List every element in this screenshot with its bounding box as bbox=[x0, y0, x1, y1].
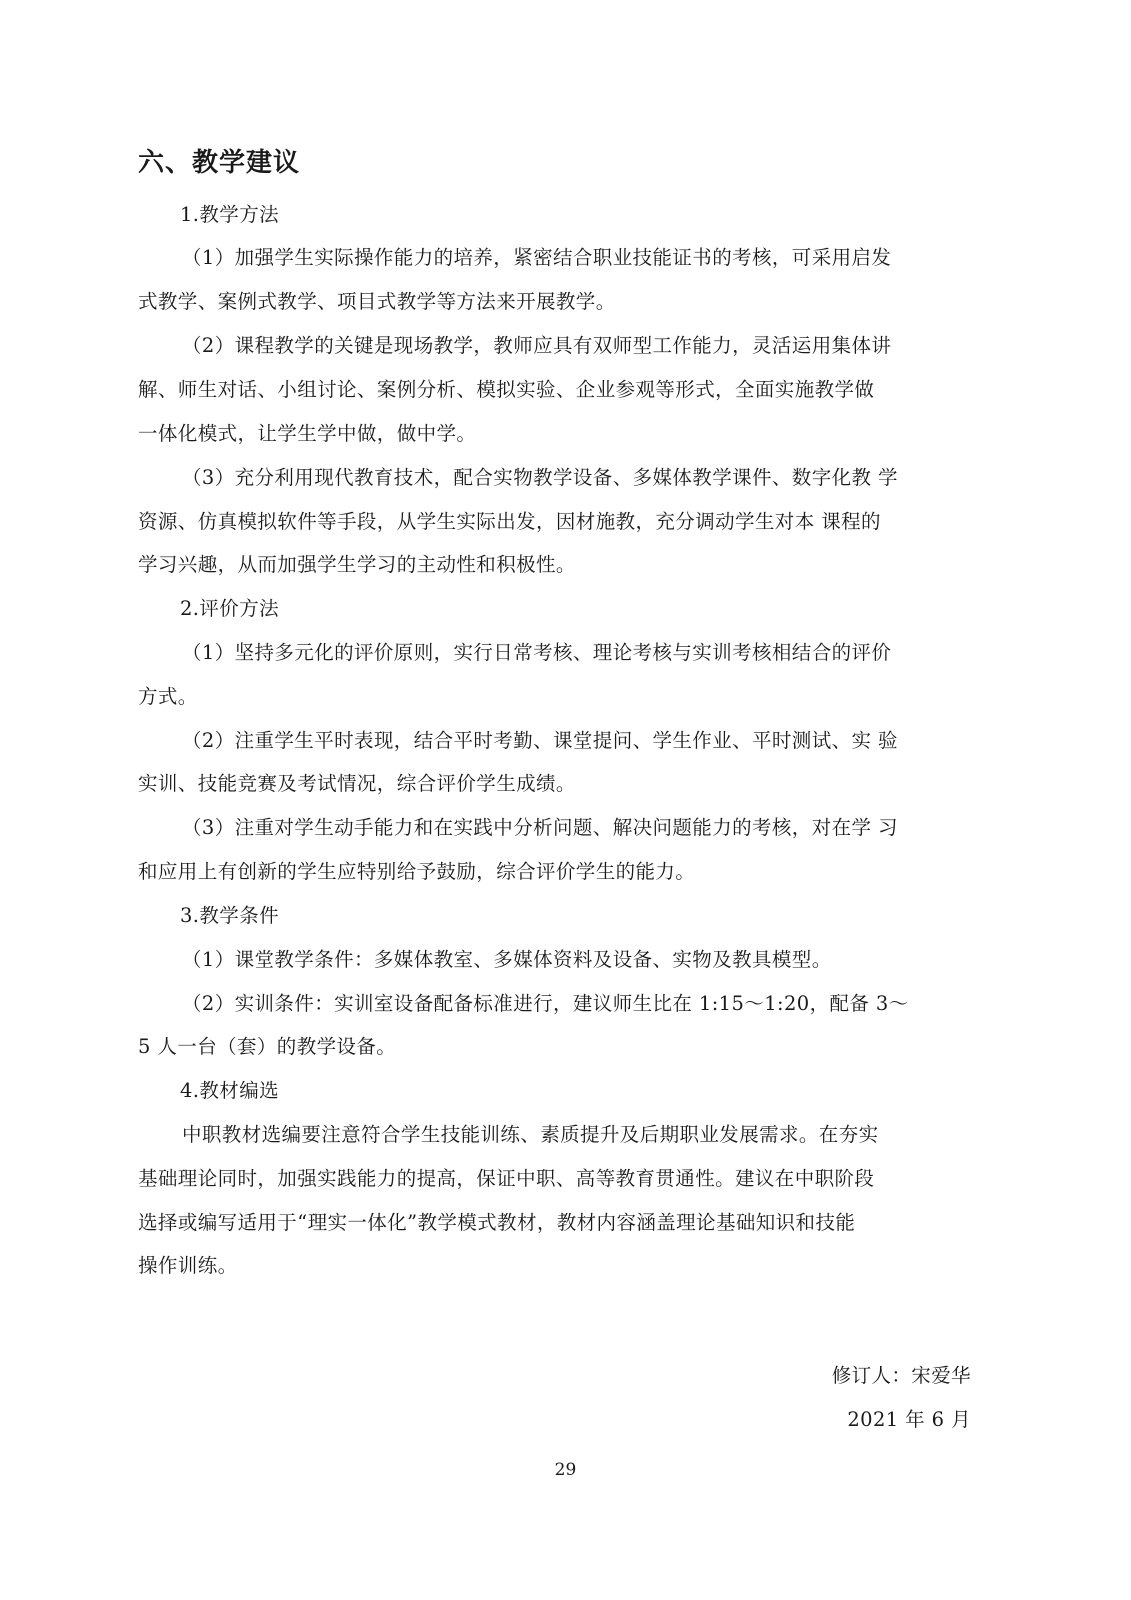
subsection-title: 4.教材编选 bbox=[180, 1077, 1012, 1105]
paragraph-line: （1）课堂教学条件：多媒体教室、多媒体资料及设备、实物及教具模型。 bbox=[182, 946, 972, 974]
paragraph-line: （2）实训条件：实训室设备配备标准进行，建议师生比在 1:15～1:20，配备 … bbox=[182, 990, 972, 1018]
paragraph-line: 5 人一台（套）的教学设备。 bbox=[138, 1033, 970, 1061]
paragraph-line: 选择或编写适用于“理实一体化”教学模式教材，教材内容涵盖理论基础知识和技能 bbox=[138, 1209, 970, 1237]
page-number: 29 bbox=[0, 1460, 1131, 1480]
section-title: 六、教学建议 bbox=[138, 142, 300, 179]
subsection-title: 3.教学条件 bbox=[180, 902, 1012, 930]
subsection-title: 2.评价方法 bbox=[180, 595, 1012, 623]
paragraph-line: 一体化模式，让学生学中做，做中学。 bbox=[138, 420, 970, 448]
paragraph-line: 学习兴趣，从而加强学生学习的主动性和积极性。 bbox=[138, 551, 970, 579]
paragraph-line: 方式。 bbox=[138, 683, 970, 711]
paragraph-line: 和应用上有创新的学生应特别给予鼓励，综合评价学生的能力。 bbox=[138, 858, 970, 886]
paragraph-line: 解、师生对话、小组讨论、案例分析、模拟实验、企业参观等形式，全面实施教学做 bbox=[138, 376, 970, 404]
paragraph-line: 中职教材选编要注意符合学生技能训练、素质提升及后期职业发展需求。在夯实 bbox=[182, 1121, 972, 1149]
subsection-title: 1.教学方法 bbox=[180, 201, 1012, 229]
paragraph-line: （1）加强学生实际操作能力的培养，紧密结合职业技能证书的考核，可采用启发 bbox=[182, 244, 972, 272]
reviser-signature: 修订人：宋爱华 bbox=[832, 1362, 971, 1390]
revision-date: 2021 年 6 月 bbox=[847, 1406, 971, 1434]
document-page: 六、教学建议 1.教学方法 （1）加强学生实际操作能力的培养，紧密结合职业技能证… bbox=[0, 0, 1131, 1600]
paragraph-line: 实训、技能竞赛及考试情况，综合评价学生成绩。 bbox=[138, 770, 970, 798]
paragraph-line: （3）注重对学生动手能力和在实践中分析问题、解决问题能力的考核，对在学 习 bbox=[182, 814, 972, 842]
paragraph-line: 式教学、案例式教学、项目式教学等方法来开展教学。 bbox=[138, 288, 970, 316]
paragraph-line: 资源、仿真模拟软件等手段，从学生实际出发，因材施教，充分调动学生对本 课程的 bbox=[138, 508, 970, 536]
paragraph-line: （1）坚持多元化的评价原则，实行日常考核、理论考核与实训考核相结合的评价 bbox=[182, 639, 972, 667]
paragraph-line: 操作训练。 bbox=[138, 1252, 970, 1280]
paragraph-line: 基础理论同时，加强实践能力的提高，保证中职、高等教育贯通性。建议在中职阶段 bbox=[138, 1165, 970, 1193]
paragraph-line: （2）注重学生平时表现，结合平时考勤、课堂提问、学生作业、平时测试、实 验 bbox=[182, 727, 972, 755]
paragraph-line: （3）充分利用现代教育技术，配合实物教学设备、多媒体教学课件、数字化教 学 bbox=[182, 464, 972, 492]
paragraph-line: （2）课程教学的关键是现场教学，教师应具有双师型工作能力，灵活运用集体讲 bbox=[182, 332, 972, 360]
